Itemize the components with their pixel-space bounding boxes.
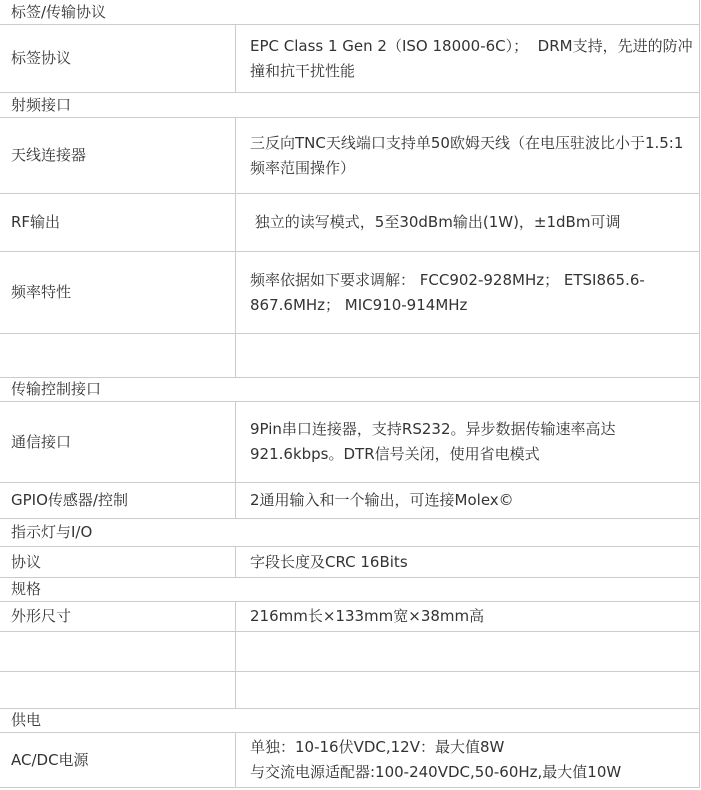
spec-value: 单独：10-16伏VDC,12V：最大值8W 与交流电源适配器:100-240V… <box>236 733 699 787</box>
spec-value <box>236 632 699 671</box>
section-row-indicator-io: 指示灯与I/O <box>0 519 699 547</box>
spec-row-empty <box>0 334 699 378</box>
spec-label: 天线连接器 <box>0 118 236 193</box>
section-row-transport-control: 传输控制接口 <box>0 378 699 402</box>
spec-value-line: 单独：10-16伏VDC,12V：最大值8W <box>250 735 693 760</box>
section-row-specs: 规格 <box>0 578 699 602</box>
spec-row-frequency: 频率特性 频率依据如下要求调解： FCC902-928MHz； ETSI865.… <box>0 252 699 334</box>
spec-row-antenna-connector: 天线连接器 三反向TNC天线端口支持单50欧姆天线（在电压驻波比小于1.5:1频… <box>0 118 699 194</box>
spec-label: GPIO传感器/控制 <box>0 483 236 518</box>
section-title: 指示灯与I/O <box>0 519 699 546</box>
spec-value: 216mm长×133mm宽×38mm高 <box>236 602 699 631</box>
spec-value-line: 与交流电源适配器:100-240VDC,50-60Hz,最大值10W <box>250 760 693 785</box>
spec-label: 标签协议 <box>0 25 236 92</box>
spec-row-empty <box>0 672 699 709</box>
section-title: 标签/传输协议 <box>0 0 699 24</box>
spec-row-empty <box>0 632 699 672</box>
spec-value: 频率依据如下要求调解： FCC902-928MHz； ETSI865.6-867… <box>236 252 699 333</box>
section-title: 传输控制接口 <box>0 378 699 401</box>
spec-label: 外形尺寸 <box>0 602 236 631</box>
spec-value: 独立的读写模式，5至30dBm输出(1W)，±1dBm可调 <box>236 194 699 251</box>
spec-value: 9Pin串口连接器，支持RS232。异步数据传输速率高达921.6kbps。DT… <box>236 402 699 482</box>
spec-label: 通信接口 <box>0 402 236 482</box>
spec-table: 标签/传输协议 标签协议 EPC Class 1 Gen 2（ISO 18000… <box>0 0 700 788</box>
spec-label <box>0 334 236 377</box>
spec-row-communication: 通信接口 9Pin串口连接器，支持RS232。异步数据传输速率高达921.6kb… <box>0 402 699 483</box>
spec-label: 协议 <box>0 547 236 577</box>
section-row-tag-protocol: 标签/传输协议 <box>0 0 699 25</box>
spec-label <box>0 672 236 708</box>
spec-page: 标签/传输协议 标签协议 EPC Class 1 Gen 2（ISO 18000… <box>0 0 701 790</box>
spec-row-protocol: 协议 字段长度及CRC 16Bits <box>0 547 699 578</box>
spec-value: 2通用输入和一个输出，可连接Molex© <box>236 483 699 518</box>
section-row-power: 供电 <box>0 709 699 733</box>
section-row-rf-interface: 射频接口 <box>0 93 699 118</box>
spec-value <box>236 672 699 708</box>
spec-row-tag-protocol: 标签协议 EPC Class 1 Gen 2（ISO 18000-6C）； DR… <box>0 25 699 93</box>
section-title: 供电 <box>0 709 699 732</box>
spec-label: 频率特性 <box>0 252 236 333</box>
spec-label: AC/DC电源 <box>0 733 236 787</box>
section-title: 射频接口 <box>0 93 699 117</box>
section-title: 规格 <box>0 578 699 601</box>
spec-label: RF输出 <box>0 194 236 251</box>
spec-label <box>0 632 236 671</box>
spec-row-rf-output: RF输出 独立的读写模式，5至30dBm输出(1W)，±1dBm可调 <box>0 194 699 252</box>
spec-value: EPC Class 1 Gen 2（ISO 18000-6C）； DRM支持，先… <box>236 25 699 92</box>
spec-row-acdc-power: AC/DC电源 单独：10-16伏VDC,12V：最大值8W 与交流电源适配器:… <box>0 733 699 788</box>
spec-value: 字段长度及CRC 16Bits <box>236 547 699 577</box>
spec-row-gpio: GPIO传感器/控制 2通用输入和一个输出，可连接Molex© <box>0 483 699 519</box>
spec-row-dimensions: 外形尺寸 216mm长×133mm宽×38mm高 <box>0 602 699 632</box>
spec-value <box>236 334 699 377</box>
spec-value: 三反向TNC天线端口支持单50欧姆天线（在电压驻波比小于1.5:1频率范围操作） <box>236 118 699 193</box>
